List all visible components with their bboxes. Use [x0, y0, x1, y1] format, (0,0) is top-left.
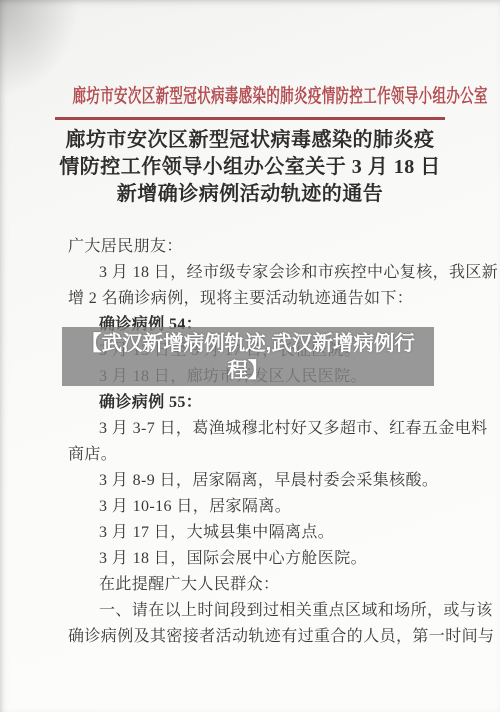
letterhead-org-name: 廊坊市安次区新型冠状病毒感染的肺炎疫情防控工作领导小组办公室	[73, 81, 428, 108]
body-line: 3 月 18 日，国际会展中心方舱医院。	[68, 546, 440, 572]
body-line: 确诊病例及其密接者活动轨迹有过重合的人员，第一时间与	[68, 624, 440, 650]
body-line: 一、请在以上时间段到过相关重点区域和场所，或与该	[68, 598, 440, 624]
document-title-line-2: 情防控工作领导小组办公室关于 3 月 18 日	[0, 154, 500, 181]
body-line-salutation: 广大居民朋友：	[68, 234, 440, 260]
body-line: 商店。	[68, 442, 440, 468]
document-title: 廊坊市安次区新型冠状病毒感染的肺炎疫 情防控工作领导小组办公室关于 3 月 18…	[0, 127, 500, 208]
body-line: 3 月 8-9 日，居家隔离，早晨村委会采集核酸。	[68, 468, 440, 494]
body-line: 3 月 3-7 日，葛渔城穆北村好又多超市、红春五金电料	[68, 416, 440, 442]
watermark-caption-line-1: 【武汉新增病例轨迹,武汉新增病例行	[62, 330, 434, 357]
body-line-reminder-heading: 在此提醒广大人民群众：	[68, 572, 440, 598]
body-line: 3 月 17 日，大城县集中隔离点。	[68, 520, 440, 546]
watermark-caption-line-2: 程】	[62, 357, 434, 384]
document-title-line-1: 廊坊市安次区新型冠状病毒感染的肺炎疫	[0, 127, 500, 154]
body-line: 增 2 名确诊病例，现将主要活动轨迹通告如下：	[68, 286, 440, 312]
body-line-case-55-heading: 确诊病例 55：	[68, 390, 440, 416]
letterhead-divider-rule	[55, 117, 445, 120]
body-line: 3 月 18 日，经市级专家会诊和市疾控中心复核，我区新	[68, 260, 440, 286]
watermark-caption: 【武汉新增病例轨迹,武汉新增病例行 程】	[62, 327, 434, 386]
body-line: 3 月 10-16 日，居家隔离。	[68, 494, 440, 520]
document-title-line-3: 新增确诊病例活动轨迹的通告	[0, 181, 500, 208]
scanned-notice-page: 廊坊市安次区新型冠状病毒感染的肺炎疫情防控工作领导小组办公室 廊坊市安次区新型冠…	[0, 0, 500, 712]
document-body: 广大居民朋友： 3 月 18 日，经市级专家会诊和市疾控中心复核，我区新 增 2…	[68, 234, 440, 650]
